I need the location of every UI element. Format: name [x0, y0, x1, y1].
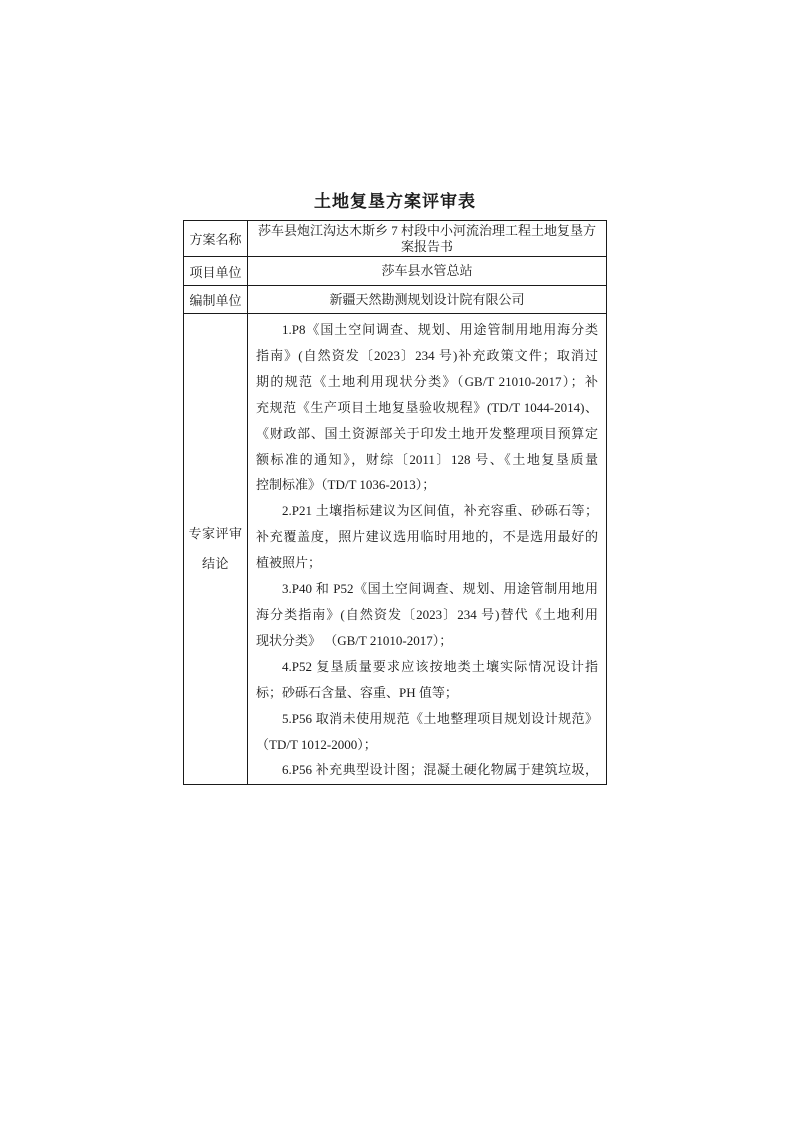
project-unit-value: 莎车县水管总站 — [248, 257, 606, 285]
plan-name-value: 莎车县炮江沟达木斯乡 7 村段中小河流治理工程土地复垦方案报告书 — [248, 221, 606, 256]
conclusion-line: 《财政部、国土资源部关于印发土地开发整理项目预算定 — [256, 421, 598, 447]
conclusion-line: 现状分类》 （GB/T 21010-2017）； — [256, 628, 598, 654]
plan-name-label: 方案名称 — [184, 221, 248, 256]
expert-conclusion-label-line2: 结论 — [202, 549, 229, 579]
conclusion-line: 指南》(自然资发〔2023〕234 号)补充政策文件；取消过 — [256, 343, 598, 369]
conclusion-line: 6.P56 补充典型设计图；混凝土硬化物属于建筑垃圾， — [256, 757, 598, 783]
expert-conclusion-text: 1.P8《国土空间调查、规划、用途管制用地用海分类指南》(自然资发〔2023〕2… — [248, 314, 606, 784]
review-table: 方案名称 莎车县炮江沟达木斯乡 7 村段中小河流治理工程土地复垦方案报告书 项目… — [183, 220, 607, 785]
page-title: 土地复垦方案评审表 — [183, 193, 607, 211]
conclusion-line: 2.P21 土壤指标建议为区间值，补充容重、砂砾石等； — [256, 498, 598, 524]
table-row-expert-conclusion: 专家评审 结论 1.P8《国土空间调查、规划、用途管制用地用海分类指南》(自然资… — [184, 314, 606, 784]
document-page: 土地复垦方案评审表 方案名称 莎车县炮江沟达木斯乡 7 村段中小河流治理工程土地… — [0, 0, 793, 1122]
conclusion-line: （TD/T 1012-2000）； — [256, 732, 598, 758]
conclusion-line: 期的规范《土地利用现状分类》（GB/T 21010-2017）；补 — [256, 369, 598, 395]
conclusion-line: 3.P40 和 P52《国土空间调查、规划、用途管制用地用 — [256, 576, 598, 602]
table-row-compiling-unit: 编制单位 新疆天然勘测规划设计院有限公司 — [184, 286, 606, 314]
compiling-unit-label: 编制单位 — [184, 286, 248, 313]
project-unit-label: 项目单位 — [184, 257, 248, 285]
conclusion-line: 标；砂砾石含量、容重、PH 值等； — [256, 680, 598, 706]
conclusion-line: 海分类指南》(自然资发〔2023〕234 号)替代《土地利用 — [256, 602, 598, 628]
conclusion-line: 额标准的通知》，财综〔2011〕128 号、《土地复垦质量 — [256, 447, 598, 473]
conclusion-line: 控制标准》（TD/T 1036-2013）； — [256, 472, 598, 498]
review-form: 土地复垦方案评审表 方案名称 莎车县炮江沟达木斯乡 7 村段中小河流治理工程土地… — [183, 193, 607, 785]
expert-conclusion-label-line1: 专家评审 — [188, 519, 242, 549]
expert-conclusion-label: 专家评审 结论 — [184, 314, 248, 784]
conclusion-line: 1.P8《国土空间调查、规划、用途管制用地用海分类 — [256, 317, 598, 343]
conclusion-line: 植被照片； — [256, 550, 598, 576]
conclusion-line: 4.P52 复垦质量要求应该按地类土壤实际情况设计指 — [256, 654, 598, 680]
conclusion-line: 充规范《生产项目土地复垦验收规程》(TD/T 1044-2014)、 — [256, 395, 598, 421]
table-row-plan-name: 方案名称 莎车县炮江沟达木斯乡 7 村段中小河流治理工程土地复垦方案报告书 — [184, 221, 606, 257]
compiling-unit-value: 新疆天然勘测规划设计院有限公司 — [248, 286, 606, 313]
conclusion-line: 补充覆盖度，照片建议选用临时用地的，不是选用最好的 — [256, 524, 598, 550]
conclusion-line: 5.P56 取消未使用规范《土地整理项目规划设计规范》 — [256, 706, 598, 732]
table-row-project-unit: 项目单位 莎车县水管总站 — [184, 257, 606, 286]
